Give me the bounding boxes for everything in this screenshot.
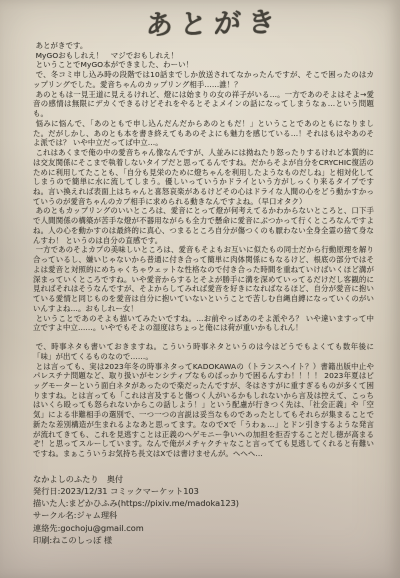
paragraph: 一方であのそよカプの美味しいところは、愛音もそよもお互いに似たもの同士だから行動…	[33, 245, 374, 313]
colophon-publish-date: 発行日:2023/12/31 コミックマーケット103	[33, 485, 239, 497]
paragraph: あとがきです。	[33, 41, 374, 51]
paragraph: あのともは一見王道に見えるけれど、燈には始まりの女の祥子がいる…。一方であのそよ…	[33, 90, 374, 119]
paragraph: あのともカップリングのいいところは、愛音にとって燈が何考えてるかわからないところ…	[33, 206, 374, 245]
paragraph: で、時事ネタも書いておきますね。こういう時事ネタというのは今はどうでもよくても数…	[33, 342, 374, 361]
colophon-contact-email: 連絡先:gochoju@gmail.com	[33, 522, 239, 534]
paragraph: ということであのそよも描いてみたいですね。…お前やっぱあのそよ派やろ？ いや違い…	[33, 314, 374, 333]
colophon: なかよしのふたり 奥付 発行日:2023/12/31 コミックマーケット103 …	[33, 473, 239, 546]
colophon-circle-name: サークル名:ジャム理科	[33, 509, 239, 521]
paragraph: MyGOおもしれえ！ マジでおもしれえ！	[33, 51, 374, 61]
paragraph: 悩みに悩んで、「あのともで申し込んだんだからあのともだ！」ということであのともに…	[33, 119, 374, 148]
afterword-body: あとがきです。 MyGOおもしれえ！ マジでおもしれえ！ ということでMyGO本…	[33, 41, 374, 459]
colophon-printer: 印刷:ねこのしっぽ 様	[33, 534, 239, 546]
colophon-book-title: なかよしのふたり 奥付	[33, 473, 239, 485]
paragraph: これはあくまで俺の中の愛音ちゃん像なんですが、人並みには拗ねたり怒ったりするけれ…	[33, 148, 374, 206]
page-title-handwritten: あとがき	[13, 0, 400, 46]
paragraph: ということでMyGO本ができました、わーい！	[33, 60, 374, 70]
afterword-scan-page: あとがき あとがきです。 MyGOおもしれえ！ マジでおもしれえ！ ということで…	[0, 0, 400, 578]
paragraph: とは言っても、実は2023年冬の時事ネタってKADOKAWAの（トランスヘイト？…	[33, 362, 374, 459]
paragraph: で、冬コミ申し込み時の段階では10話までしか放送されてなかったんですが、そこで困…	[33, 70, 374, 89]
colophon-artist: 描いた人:まどかひふみ(https://pixiv.me/madoka123)	[33, 497, 239, 509]
